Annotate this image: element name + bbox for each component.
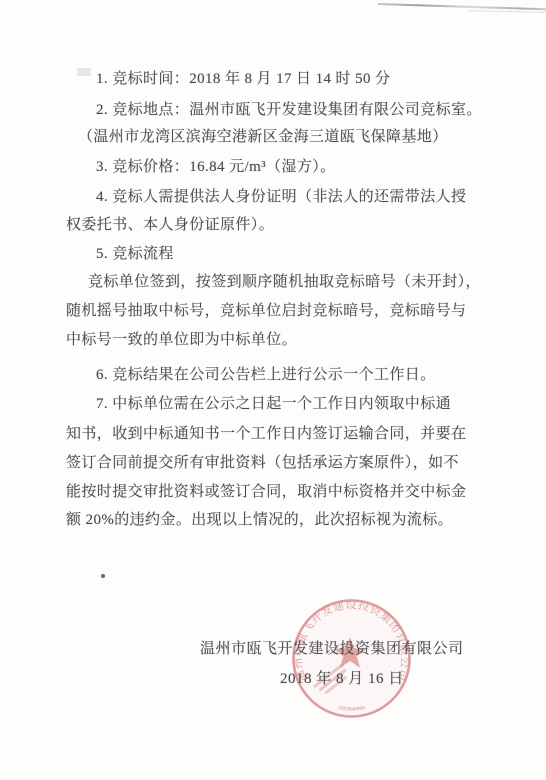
body-line-13: 知书，收到中标通知书一个工作日内签订运输合同，并要在 [66,427,466,442]
scan-artifact-line [378,3,546,10]
body-line-4: 3. 竞标价格：16.84 元/m³（湿方）。 [96,160,336,175]
signature-date: 2018 年 8 月 16 日 [280,667,404,688]
official-seal: 温州市瓯飞开发建设投资集团有限公司 3303040000 [288,595,415,722]
body-line-5: 4. 竞标人需提供法人身份证明（非法人的还需带法人授 [96,190,466,205]
body-line-7: 5. 竞标流程 [96,247,174,262]
signature-company: 温州市瓯飞开发建设投资集团有限公司 [200,637,464,658]
body-line-2: 2. 竞标地点：温州市瓯飞开发建设集团有限公司竞标室。 [96,103,482,118]
ink-dot [101,574,105,578]
scan-smudge [77,68,91,76]
body-line-11: 6. 竞标结果在公司公告栏上进行公示一个工作日。 [96,368,436,383]
scan-artifact-line-2 [468,10,546,13]
body-line-6: 权委托书、本人身份证原件）。 [66,218,274,233]
scanned-document-page: 1. 竞标时间：2018 年 8 月 17 日 14 时 50 分 2. 竞标地… [0,0,546,780]
body-line-3: （温州市龙湾区滨海空港新区金海三道瓯飞保障基地） [78,130,448,145]
body-line-16: 额 20%的违约金。出现以上情况的，此次招标视为流标。 [66,513,453,528]
body-line-1: 1. 竞标时间：2018 年 8 月 17 日 14 时 50 分 [96,72,390,87]
body-line-12: 7. 中标单位需在公示之日起一个工作日内领取中标通 [96,397,451,412]
body-line-15: 能按时提交审批资料或签订合同，取消中标资格并交中标金 [66,485,466,500]
body-line-10: 中标号一致的单位即为中标单位。 [66,333,297,348]
body-line-9: 随机摇号抽取中标号，竞标单位启封竞标暗号，竞标暗号与 [66,304,466,319]
body-line-14: 签订合同前提交所有审批资料（包括承运方案原件），如不 [66,456,459,471]
body-line-8: 竞标单位签到，按签到顺序随机抽取竞标暗号（未开封）， [88,275,481,290]
